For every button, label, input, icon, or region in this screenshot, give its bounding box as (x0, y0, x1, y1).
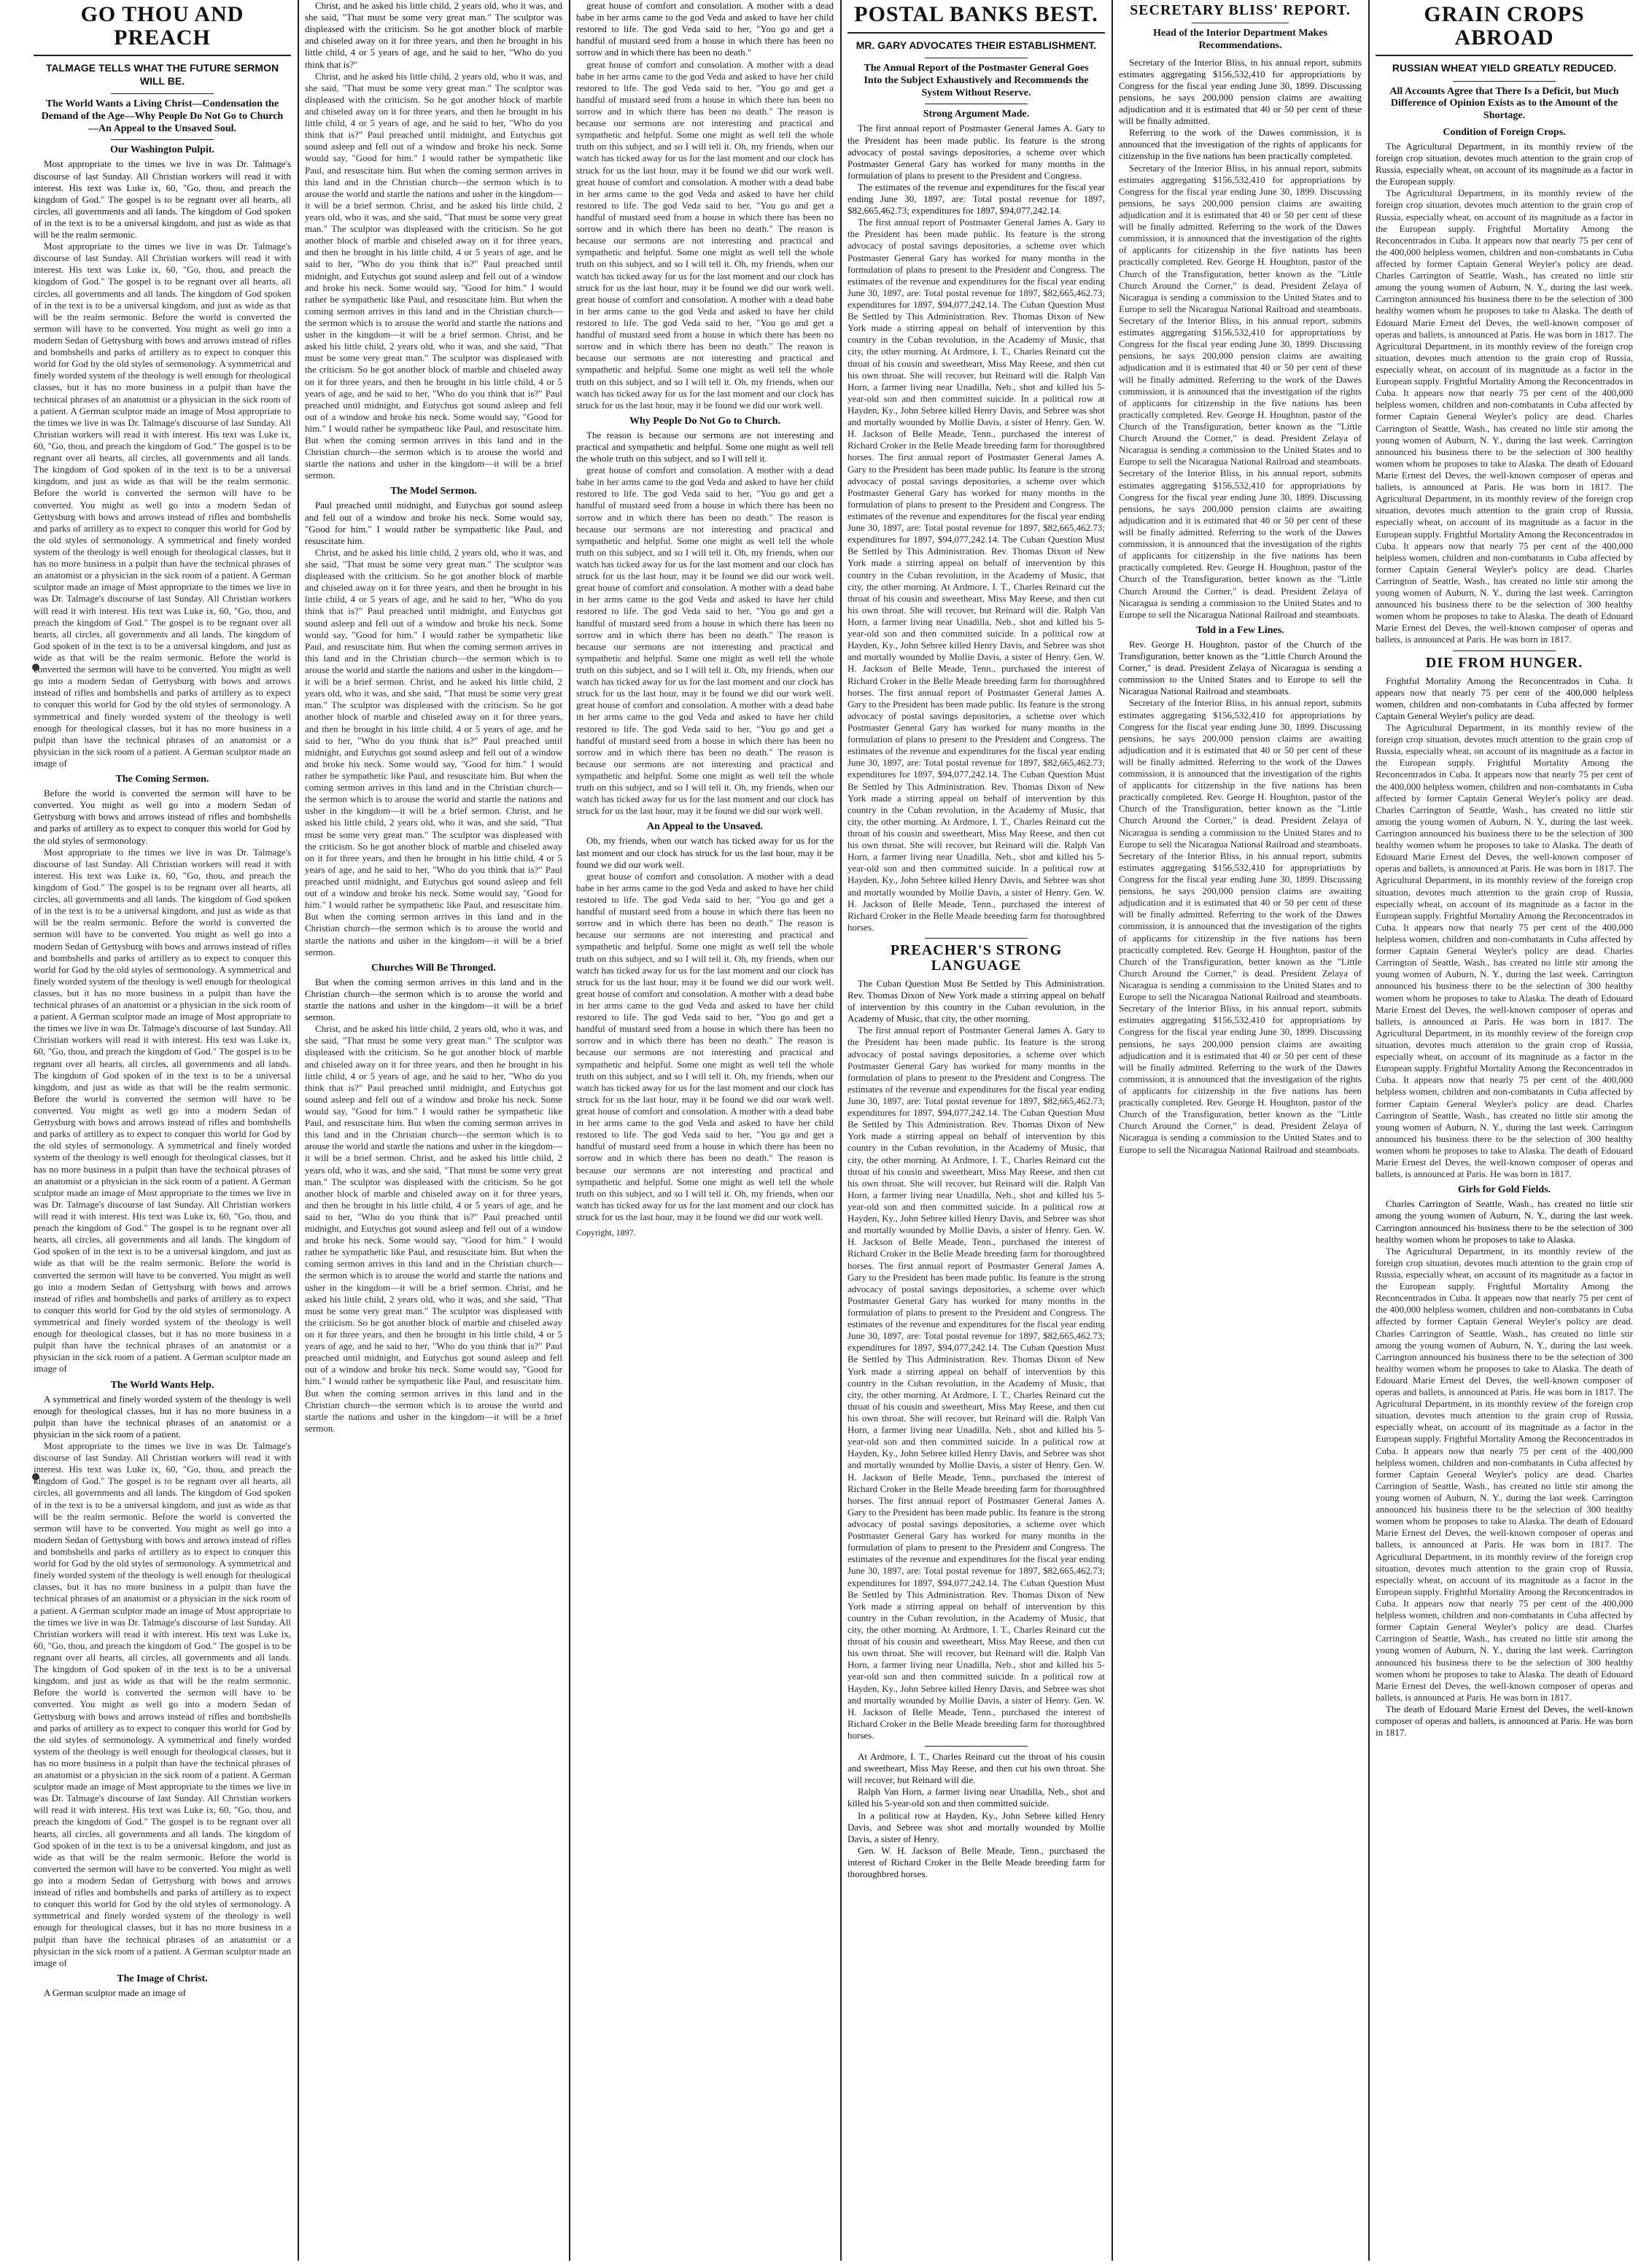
article-text: The Cuban Question Must Be Settled by Th… (847, 978, 1105, 1025)
column-6: GRAIN CROPS ABROAD RUSSIAN WHEAT YIELD G… (1371, 0, 1637, 2261)
article-text-continued: great house of comfort and consolation. … (576, 871, 834, 1223)
section-subhead: Our Washington Pulpit. (34, 144, 291, 156)
article-text: Paul preached until midnight, and Eutych… (305, 500, 562, 546)
article-text: The estimates of the revenue and expendi… (847, 182, 1105, 217)
divider (925, 58, 1028, 58)
article-text-continued: Christ, and he asked his little child, 2… (305, 71, 562, 482)
article-text-continued: Most appropriate to the times we live in… (34, 847, 291, 1375)
article-text-continued: The first annual report of Postmaster Ge… (847, 217, 1105, 933)
article-text-continued: Most appropriate to the times we live in… (34, 1440, 291, 1969)
divider (925, 1746, 1028, 1747)
column-5: SECRETARY BLISS' REPORT. Head of the Int… (1114, 0, 1366, 2261)
divider (1453, 81, 1556, 82)
headline-die-from-hunger: DIE FROM HUNGER. (1376, 656, 1633, 671)
article-text: Secretary of the Interior Bliss, in his … (1119, 57, 1362, 128)
subdeck: The Annual Report of the Postmaster Gene… (855, 63, 1098, 99)
scan-mark (32, 1473, 39, 1480)
divider (1453, 651, 1556, 651)
section-subhead: Churches Will Be Thronged. (305, 963, 562, 974)
article-text: Before the world is converted the sermon… (34, 788, 291, 847)
subdeck: The World Wants a Living Christ—Condensa… (41, 98, 284, 135)
column-4: POSTAL BANKS BEST. MR. GARY ADVOCATES TH… (843, 0, 1109, 2261)
section-subhead: The Model Sermon. (305, 486, 562, 497)
article-text: But when the coming sermon arrives in th… (305, 976, 562, 1023)
column-rule (840, 0, 842, 2261)
article-text-continued: Secretary of the Interior Bliss, in his … (1119, 697, 1362, 1155)
headline-postal-banks: POSTAL BANKS BEST. (847, 3, 1105, 26)
divider (1192, 23, 1289, 23)
section-subhead: Told in a Few Lines. (1119, 625, 1362, 637)
subdeck: Head of the Interior Department Makes Re… (1126, 28, 1354, 53)
brief-item: Ralph Van Horn, a farmer living near Una… (847, 1786, 1105, 1809)
divider (34, 55, 291, 56)
deck: RUSSIAN WHEAT YIELD GREATLY REDUCED. (1380, 62, 1629, 75)
column-rule (1112, 0, 1113, 2261)
article-text: A symmetrical and finely worded system o… (34, 1394, 291, 1440)
section-subhead: The Coming Sermon. (34, 774, 291, 785)
section-subhead: An Appeal to the Unsaved. (576, 821, 834, 833)
article-text: Charles Carrington of Seattle, Wash., ha… (1376, 1198, 1633, 1245)
article-text-continued: The Agricultural Department, in its mont… (1376, 187, 1633, 645)
divider (925, 104, 1028, 104)
divider (111, 93, 214, 94)
copyright: Copyright, 1897. (576, 1227, 834, 1238)
divider (111, 139, 214, 140)
section-subhead: The World Wants Help. (34, 1380, 291, 1391)
brief-item: At Ardmore, I. T., Charles Reinard cut t… (847, 1751, 1105, 1786)
section-subhead: Condition of Foreign Crops. (1376, 127, 1633, 139)
article-text: The reason is because our sermons are no… (576, 430, 834, 465)
article-text-continued: Christ, and he asked his little child, 2… (305, 1023, 562, 1434)
column-rule (298, 0, 299, 2261)
article-text: Referring to the work of the Dawes commi… (1119, 127, 1362, 162)
divider (925, 938, 1028, 939)
divider (847, 32, 1105, 34)
article-text: Christ, and he asked his little child, 2… (305, 0, 562, 71)
article-text: Oh, my friends, when our watch has ticke… (576, 835, 834, 870)
section-subhead: Why People Do Not Go to Church. (576, 416, 834, 427)
section-subhead: Strong Argument Made. (847, 109, 1105, 120)
article-text: Frightful Mortality Among the Reconcentr… (1376, 675, 1633, 722)
column-3: great house of comfort and consolation. … (572, 0, 838, 2261)
brief-item: In a political row at Hayden, Ky., John … (847, 1810, 1105, 1845)
headline-preachers-strong-language: PREACHER'S STRONG LANGUAGE (847, 943, 1105, 974)
column-2: Christ, and he asked his little child, 2… (300, 0, 567, 2261)
scan-mark (32, 664, 39, 671)
section-subhead: The Image of Christ. (34, 1973, 291, 1985)
column-rule (569, 0, 570, 2261)
subdeck: All Accounts Agree that There Is a Defic… (1383, 86, 1626, 123)
article-text: Rev. George H. Houghton, pastor of the C… (1119, 639, 1362, 698)
divider (1376, 55, 1633, 56)
article-text: great house of comfort and consolation. … (576, 0, 834, 59)
article-text-continued: Christ, and he asked his little child, 2… (305, 547, 562, 958)
newspaper-page: GO THOU AND PREACH TALMAGE TELLS WHAT TH… (29, 0, 1637, 2268)
article-text-continued: Secretary of the Interior Bliss, in his … (1119, 163, 1362, 621)
deck: TALMAGE TELLS WHAT THE FUTURE SERMON WIL… (38, 62, 287, 88)
headline-go-thou-and-preach: GO THOU AND PREACH (34, 3, 291, 49)
article-text: The Agricultural Department, in its mont… (1376, 141, 1633, 187)
article-text: A German sculptor made an image of (34, 1987, 291, 1999)
section-subhead: Girls for Gold Fields. (1376, 1184, 1633, 1196)
headline-grain-crops-abroad: GRAIN CROPS ABROAD (1376, 3, 1633, 49)
closing-brief: The death of Edouard Marie Ernest del De… (1376, 1704, 1633, 1739)
article-text-continued: The Agricultural Department, in its mont… (1376, 1246, 1633, 1704)
headline-secretary-bliss-report: SECRETARY BLISS' REPORT. (1119, 3, 1362, 18)
article-text-continued: The first annual report of Postmaster Ge… (847, 1025, 1105, 1741)
deck: MR. GARY ADVOCATES THEIR ESTABLISHMENT. (852, 39, 1101, 53)
article-text-continued: The Agricultural Department, in its mont… (1376, 722, 1633, 1180)
column-1: GO THOU AND PREACH TALMAGE TELLS WHAT TH… (29, 0, 295, 2261)
article-text-continued: Most appropriate to the times we live in… (34, 241, 291, 769)
brief-item: Gen. W. H. Jackson of Belle Meade, Tenn.… (847, 1845, 1105, 1880)
article-text-continued: great house of comfort and consolation. … (576, 465, 834, 817)
article-text-continued: great house of comfort and consolation. … (576, 59, 834, 411)
column-rule (1368, 0, 1370, 2261)
article-text: Most appropriate to the times we live in… (34, 158, 291, 241)
article-text: The first annual report of Postmaster Ge… (847, 123, 1105, 182)
